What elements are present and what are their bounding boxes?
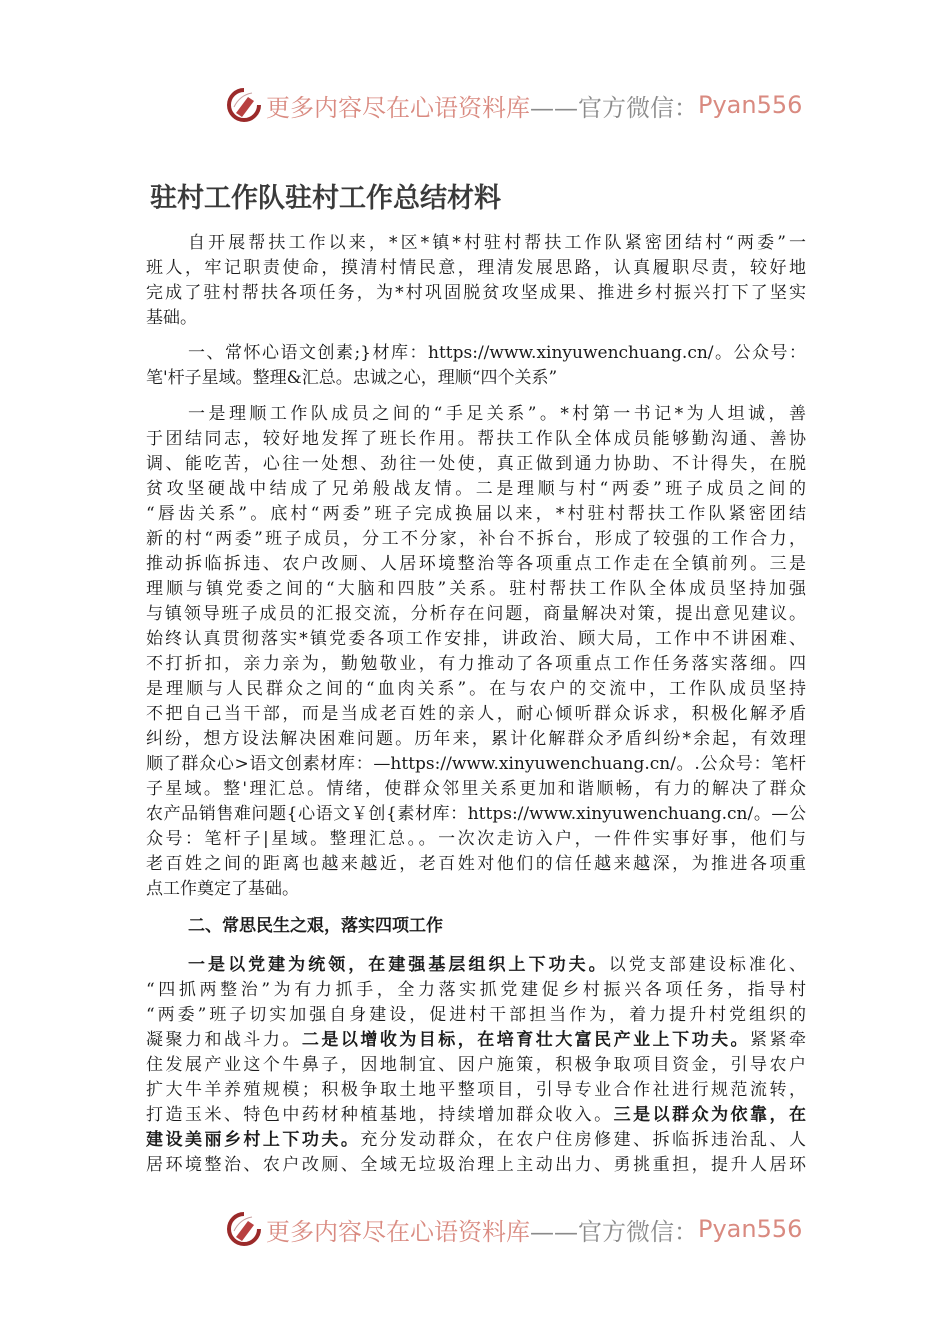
wechat-id: Pyan556 bbox=[698, 1215, 802, 1243]
text-line: 基础。 bbox=[146, 306, 806, 331]
wechat-id: Pyan556 bbox=[698, 91, 802, 119]
text-line: 打造玉米、特色中药材种植基地，持续增加群众收入。三是以群众为依靠，在 bbox=[146, 1103, 806, 1128]
text-line: 于团结同志，较好地发挥了班长作用。帮扶工作队全体成员能够勤沟通、善协 bbox=[146, 427, 806, 452]
bold-lead: 二是以增收为目标，在培育壮大富民产业上下功夫。 bbox=[302, 1030, 750, 1050]
text-line: 一是以党建为统领，在建强基层组织上下功夫。以党支部建设标准化、 bbox=[146, 953, 806, 978]
text-line: 扩大牛羊养殖规模；积极争取土地平整项目，引导专业合作社进行规范流转， bbox=[146, 1078, 806, 1103]
text-line: 是理顺与人民群众之间的“血肉关系”。在与农户的交流中，工作队成员坚持 bbox=[146, 677, 806, 702]
section1-heading: 一、常怀心语文创素;}材库：https://www.xinyuwenchuang… bbox=[146, 341, 806, 391]
intro-paragraph: 自开展帮扶工作以来，*区*镇*村驻村帮扶工作队紧密团结村“两委”一 班人，牢记职… bbox=[146, 231, 806, 331]
text-line: 班人，牢记职责使命，摸清村情民意，理清发展思路，认真履职尽责，较好地 bbox=[146, 256, 806, 281]
text-line: “两委”班子切实加强自身建设，促进村干部担当作为，着力提升村党组织的 bbox=[146, 1003, 806, 1028]
text-line: 调、能吃苦，心往一处想、劲往一处使，真正做到通力协助、不计得失，在脱 bbox=[146, 452, 806, 477]
document-title: 驻村工作队驻村工作总结材料 bbox=[150, 176, 501, 215]
pen-nib-logo-icon bbox=[226, 1211, 262, 1247]
text-line: 理顺与镇党委之间的“大脑和四肢”关系。驻村帮扶工作队全体成员坚持加强 bbox=[146, 577, 806, 602]
text-line: 凝聚力和战斗力。二是以增收为目标，在培育壮大富民产业上下功夫。紧紧牵 bbox=[146, 1028, 806, 1053]
text-line: 顺了群众心>语文创素材库：—https://www.xinyuwenchuang… bbox=[146, 752, 806, 777]
text-line: 老百姓之间的距离也越来越近，老百姓对他们的信任越来越深，为推进各项重 bbox=[146, 852, 806, 877]
text-line: 始终认真贯彻落实*镇党委各项工作安排，讲政治、顾大局，工作中不讲困难、 bbox=[146, 627, 806, 652]
header-banner: 更多内容尽在心语资料库 ——官方微信： Pyan556 bbox=[226, 83, 802, 127]
text-line: 众号：笔杆子|星域。整理汇总。。一次次走访入户，一件件实事好事，他们与 bbox=[146, 827, 806, 852]
text-line: 新的村“两委”班子成员，分工不分家，补台不拆台，形成了较强的工作合力， bbox=[146, 527, 806, 552]
text-span: 以党支部建设标准化、 bbox=[609, 955, 806, 975]
pen-nib-logo-icon bbox=[226, 87, 262, 123]
text-line: 点工作奠定了基础。 bbox=[146, 877, 806, 902]
text-line: 子星域。整'理汇总。情绪，使群众邻里关系更加和谐顺畅，有力的解决了群众 bbox=[146, 777, 806, 802]
promo-text: 更多内容尽在心语资料库 bbox=[266, 88, 530, 123]
bold-lead: 建设美丽乡村上下功夫。 bbox=[146, 1130, 360, 1150]
text-line: “四抓两整治”为有力抓手，全力落实抓党建促乡村振兴各项任务，指导村 bbox=[146, 978, 806, 1003]
section2-body: 一是以党建为统领，在建强基层组织上下功夫。以党支部建设标准化、 “四抓两整治”为… bbox=[146, 953, 806, 1178]
text-line: 住发展产业这个牛鼻子，因地制宜、因户施策，积极争取项目资金，引导农户 bbox=[146, 1053, 806, 1078]
promo-text: 更多内容尽在心语资料库 bbox=[266, 1212, 530, 1247]
section-heading: 二、常思民生之艰，落实四项工作 bbox=[146, 914, 806, 939]
text-line: 一是理顺工作队成员之间的“手足关系”。*村第一书记*为人坦诚，善 bbox=[146, 402, 806, 427]
text-line: 建设美丽乡村上下功夫。充分发动群众，在农户住房修建、拆临拆违治乱、人 bbox=[146, 1128, 806, 1153]
text-line: 一、常怀心语文创素;}材库：https://www.xinyuwenchuang… bbox=[146, 341, 806, 366]
section2-heading: 二、常思民生之艰，落实四项工作 bbox=[146, 914, 806, 939]
text-line: 与镇领导班子成员的汇报交流，分析存在问题，商量解决对策，提出意见建议。 bbox=[146, 602, 806, 627]
bold-lead: 三是以群众为依靠，在 bbox=[614, 1105, 806, 1125]
section1-body: 一是理顺工作队成员之间的“手足关系”。*村第一书记*为人坦诚，善 于团结同志，较… bbox=[146, 402, 806, 902]
wechat-label: ——官方微信： bbox=[530, 1212, 698, 1247]
bold-lead: 一是以党建为统领，在建强基层组织上下功夫。 bbox=[188, 955, 609, 975]
text-line: 推动拆临拆违、农户改厕、人居环境整治等各项重点工作走在全镇前列。三是 bbox=[146, 552, 806, 577]
text-line: 笔'杆子星域。整理&汇总。忠诚之心，理顺“四个关系” bbox=[146, 366, 806, 391]
text-line: “唇齿关系”。底村“两委”班子完成换届以来，*村驻村帮扶工作队紧密团结 bbox=[146, 502, 806, 527]
text-line: 不打折扣，亲力亲为，勤勉敬业，有力推动了各项重点工作任务落实落细。四 bbox=[146, 652, 806, 677]
text-line: 自开展帮扶工作以来，*区*镇*村驻村帮扶工作队紧密团结村“两委”一 bbox=[146, 231, 806, 256]
wechat-label: ——官方微信： bbox=[530, 88, 698, 123]
text-span: 紧紧牵 bbox=[750, 1030, 806, 1050]
text-span: 充分发动群众，在农户住房修建、拆临拆违治乱、人 bbox=[360, 1130, 806, 1150]
text-line: 贫攻坚硬战中结成了兄弟般战友情。二是理顺与村“两委”班子成员之间的 bbox=[146, 477, 806, 502]
text-span: 打造玉米、特色中药材种植基地，持续增加群众收入。 bbox=[146, 1105, 614, 1125]
text-line: 居环境整治、农户改厕、全域无垃圾治理上主动出力、勇挑重担，提升人居环 bbox=[146, 1153, 806, 1178]
footer-banner: 更多内容尽在心语资料库 ——官方微信： Pyan556 bbox=[226, 1207, 802, 1251]
text-line: 不把自己当干部，而是当成老百姓的亲人，耐心倾听群众诉求，积极化解矛盾 bbox=[146, 702, 806, 727]
text-line: 完成了驻村帮扶各项任务，为*村巩固脱贫攻坚成果、推进乡村振兴打下了坚实 bbox=[146, 281, 806, 306]
text-line: 纠纷，想方设法解决困难问题。历年来，累计化解群众矛盾纠纷*余起，有效理 bbox=[146, 727, 806, 752]
text-span: 凝聚力和战斗力。 bbox=[146, 1030, 302, 1050]
text-line: 农产品销售难问题{心语文￥创{素材库：https://www.xinyuwenc… bbox=[146, 802, 806, 827]
